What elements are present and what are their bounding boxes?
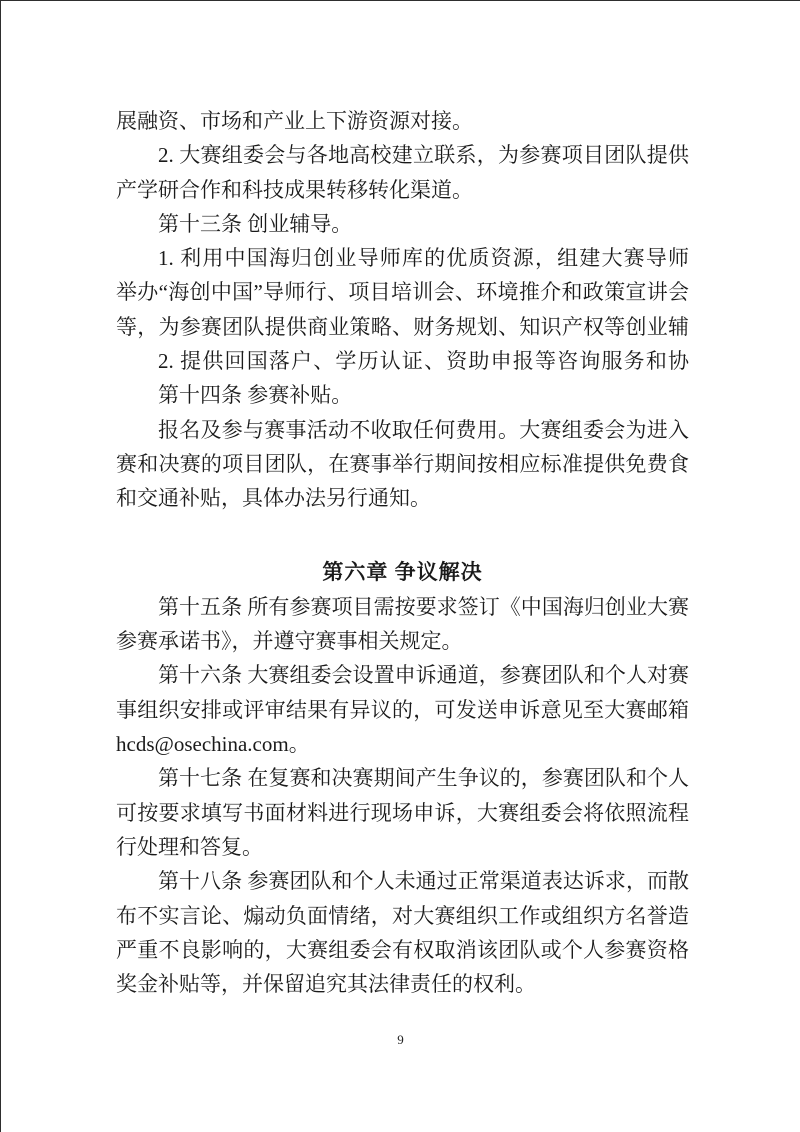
doc-line-article-17: 第十七条 在复赛和决赛期间产生争议的，参赛团队和个人: [116, 761, 689, 795]
doc-line-article-15: 第十五条 所有参赛项目需按要求签订《中国海归创业大赛: [116, 590, 689, 624]
doc-line: 展融资、市场和产业上下游资源对接。: [116, 104, 689, 138]
doc-line-email: hcds@osechina.com。: [116, 727, 689, 761]
doc-line-article-13: 第十三条 创业辅导。: [116, 207, 689, 241]
doc-line: 举办“海创中国”导师行、项目培训会、环境推介和政策宣讲会: [116, 275, 689, 309]
doc-line: 赛和决赛的项目团队，在赛事举行期间按相应标准提供免费食宿: [116, 447, 689, 481]
doc-line: 1. 利用中国海归创业导师库的优质资源，组建大赛导师团，: [116, 241, 689, 275]
doc-line: 严重不良影响的，大赛组委会有权取消该团队或个人参赛资格和: [116, 933, 689, 967]
doc-line: 等，为参赛团队提供商业策略、财务规划、知识产权等创业辅导。: [116, 310, 689, 344]
doc-line: 行处理和答复。: [116, 830, 689, 864]
doc-line: 可按要求填写书面材料进行现场申诉，大赛组委会将依照流程进: [116, 796, 689, 830]
doc-line: 2. 提供回国落户、学历认证、资助申报等咨询服务和协助。: [116, 344, 689, 378]
doc-line-article-16: 第十六条 大赛组委会设置申诉通道，参赛团队和个人对赛: [116, 658, 689, 692]
doc-line: 参赛承诺书》，并遵守赛事相关规定。: [116, 624, 689, 658]
doc-line: 奖金补贴等，并保留追究其法律责任的权利。: [116, 967, 689, 1001]
doc-line-article-18: 第十八条 参赛团队和个人未通过正常渠道表达诉求，而散: [116, 864, 689, 898]
doc-line: 布不实言论、煽动负面情绪，对大赛组织工作或组织方名誉造成: [116, 899, 689, 933]
page-number: 9: [1, 1032, 800, 1048]
doc-line-article-14: 第十四条 参赛补贴。: [116, 378, 689, 412]
document-body: 展融资、市场和产业上下游资源对接。 2. 大赛组委会与各地高校建立联系，为参赛项…: [116, 104, 689, 1001]
doc-line: 事组织安排或评审结果有异议的，可发送申诉意见至大赛邮箱: [116, 693, 689, 727]
chapter-heading: 第六章 争议解决: [116, 555, 689, 589]
doc-line: 2. 大赛组委会与各地高校建立联系，为参赛项目团队提供: [116, 138, 689, 172]
document-page: 展融资、市场和产业上下游资源对接。 2. 大赛组委会与各地高校建立联系，为参赛项…: [0, 0, 800, 1132]
doc-line: 报名及参与赛事活动不收取任何费用。大赛组委会为进入复: [116, 413, 689, 447]
doc-line: 和交通补贴，具体办法另行通知。: [116, 481, 689, 515]
doc-line: 产学研合作和科技成果转移转化渠道。: [116, 173, 689, 207]
